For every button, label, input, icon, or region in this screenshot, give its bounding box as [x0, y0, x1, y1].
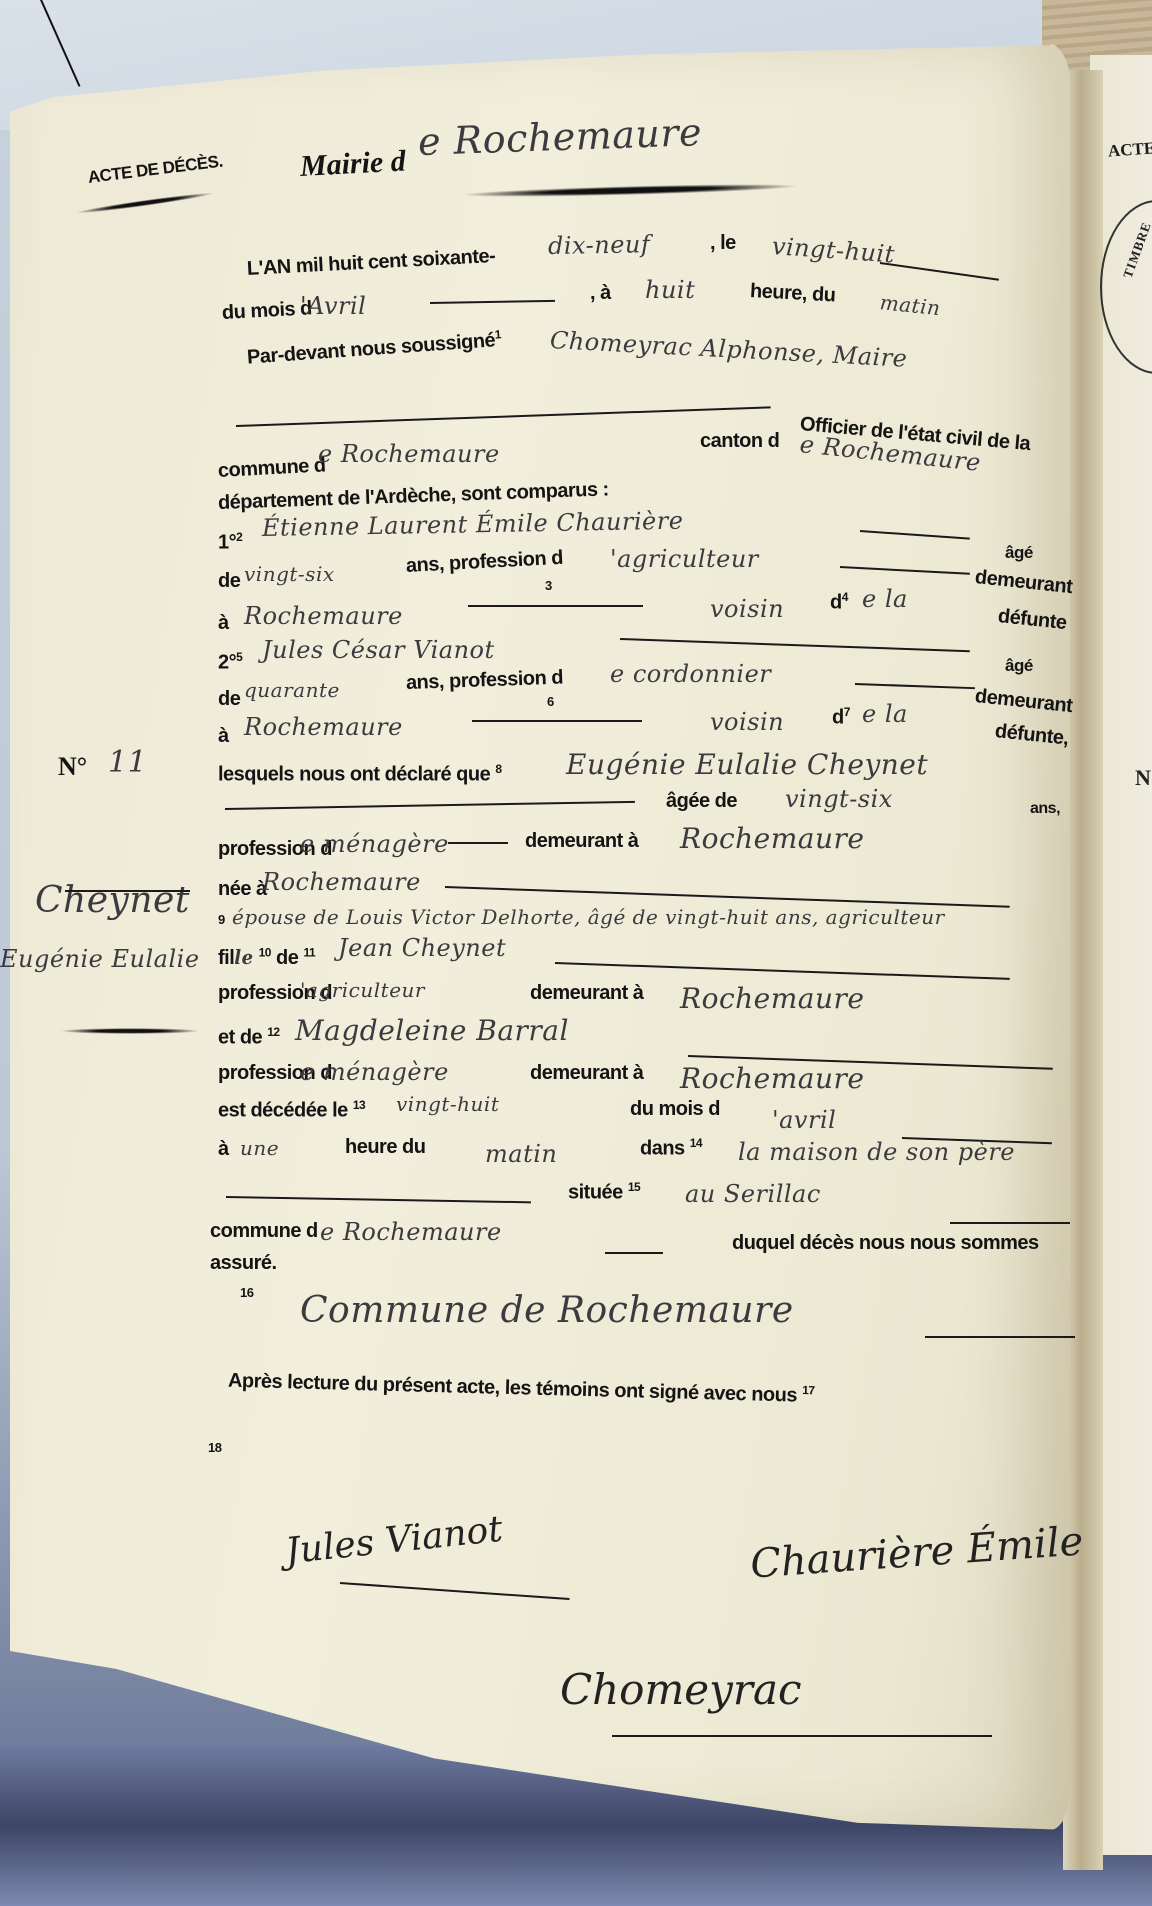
situee-label: située 15 [568, 1180, 640, 1205]
commune-of-death-label: commune d [210, 1220, 318, 1243]
witness-1-age-word: âgé [1005, 543, 1033, 563]
deceased-residence-label: demeurant à [525, 830, 638, 853]
witness-2-name: Jules César Vianot [262, 636, 495, 664]
death-period: matin [485, 1140, 557, 1168]
deceased-profession: e ménagère [300, 830, 449, 858]
deceased-ans: ans, [1030, 800, 1060, 818]
witness-1-age: vingt-six [244, 562, 335, 586]
facing-page-number: N [1135, 765, 1151, 791]
commune-of-death: e Rochemaure [320, 1218, 502, 1246]
witness-1-domicile: Rochemaure [244, 602, 403, 630]
mother-profession: e ménagère [300, 1058, 449, 1086]
witness-2-age-word: âgé [1005, 656, 1033, 676]
deceased-age-label: âgée de [666, 790, 737, 813]
rule [950, 1222, 1070, 1224]
heure-du-label: heure du [345, 1136, 425, 1159]
le-label: , le [710, 232, 736, 255]
note-16-value: Commune de Rochemaure [300, 1290, 794, 1331]
note-9: 9 [218, 912, 225, 927]
child-label: fille 10 de 11 [218, 945, 315, 970]
note-6: 6 [547, 694, 554, 709]
spouse: épouse de Louis Victor Delhorte, âgé de … [232, 905, 945, 929]
year-value: dix-neuf [548, 230, 651, 260]
death-month: 'avril [772, 1106, 836, 1134]
assure-label: assuré. [210, 1252, 277, 1275]
witness-2-profession: e cordonnier [610, 660, 771, 688]
death-hour-prefix: à [218, 1138, 229, 1161]
signature-mayor: Chomeyrac [560, 1665, 802, 1714]
act-number: 11 [108, 745, 147, 780]
note-16: 16 [240, 1285, 253, 1300]
birth-place: Rochemaure [262, 868, 421, 896]
mother-residence-label: demeurant à [530, 1062, 643, 1085]
death-day: vingt-huit [396, 1092, 499, 1116]
margin-surname: Cheynet [35, 880, 190, 921]
rule [472, 720, 642, 722]
rule [468, 605, 643, 607]
witness-2-domicile-prefix: à [218, 725, 229, 748]
month-prefix: du mois d [221, 297, 312, 325]
heure-du-label: heure, du [749, 280, 836, 307]
witness-2-index: 2°5 [218, 650, 242, 675]
father-name: Jean Cheynet [338, 934, 506, 962]
death-place: la maison de son père [738, 1138, 1015, 1166]
signature-flourish [612, 1735, 992, 1737]
declared-label: lesquels nous ont déclaré que 8 [218, 762, 502, 787]
month-value: 'Avril [300, 292, 366, 320]
witness-2-domicile: Rochemaure [244, 713, 403, 741]
rule [605, 1252, 663, 1254]
witness-2-relation: voisin [710, 708, 784, 736]
rule [448, 842, 508, 844]
facing-page-heading: ACTE [1107, 138, 1152, 161]
witness-1-age-prefix: de [218, 570, 240, 593]
act-number-label: N° [58, 752, 87, 782]
mother-label: et de 12 [218, 1025, 280, 1050]
dans-label: dans 14 [640, 1136, 702, 1161]
death-month-label: du mois d [630, 1098, 720, 1121]
witness-1-relation-to: e la [862, 585, 908, 613]
mairie-label: Mairie d [299, 144, 406, 183]
rule [925, 1336, 1075, 1338]
duquel-label: duquel décès nous nous sommes [732, 1232, 1039, 1255]
deceased-name: Eugénie Eulalie Cheynet [566, 748, 928, 781]
witness-1-relation-to-label: d4 [830, 590, 848, 615]
note-18: 18 [208, 1440, 221, 1455]
deceased-age: vingt-six [785, 785, 893, 813]
father-residence-label: demeurant à [530, 982, 643, 1005]
witness-2-relation-to: e la [862, 700, 908, 728]
deceased-residence: Rochemaure [680, 822, 864, 855]
deceased-label: est décédée le 13 [218, 1098, 365, 1123]
witness-2-age: quarante [244, 678, 340, 702]
father-residence: Rochemaure [680, 982, 864, 1015]
birth-label: née à [218, 878, 267, 901]
note-3: 3 [545, 578, 552, 593]
father-profession: 'agriculteur [300, 978, 425, 1002]
witness-1-index: 1°2 [218, 530, 242, 555]
death-hour: une [240, 1136, 279, 1160]
witness-1-relation: voisin [710, 595, 784, 623]
witness-1-domicile-prefix: à [218, 612, 229, 635]
witness-1-profession: 'agriculteur [610, 545, 759, 573]
death-locality: au Serillac [685, 1180, 821, 1208]
mother-residence: Rochemaure [680, 1062, 864, 1095]
witness-2-relation-to-label: d7 [832, 705, 850, 730]
commune-value: e Rochemaure [318, 440, 500, 468]
canton-label: canton d [700, 430, 779, 453]
margin-ornament [60, 1028, 200, 1034]
rule [65, 890, 190, 892]
a-label: , à [590, 282, 611, 305]
margin-given-names: Eugénie Eulalie [0, 945, 200, 973]
witness-2-age-prefix: de [218, 688, 240, 711]
mother-name: Magdeleine Barral [295, 1014, 569, 1047]
hour-value: huit [645, 276, 695, 304]
